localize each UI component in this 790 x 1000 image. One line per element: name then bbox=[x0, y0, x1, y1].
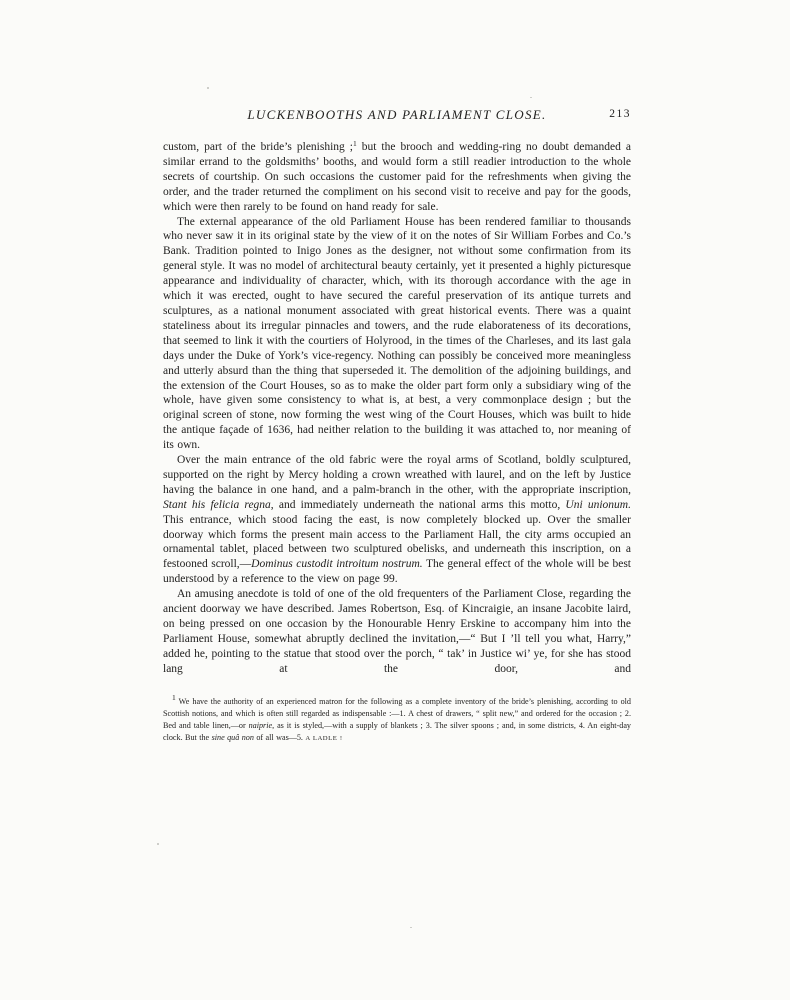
text-segment: Dominus custodit introitum nostrum. bbox=[251, 558, 423, 570]
text-segment: naiprie bbox=[249, 721, 272, 730]
text-segment: of all was—5. bbox=[254, 733, 305, 742]
text-segment: , and immediately underneath the nationa… bbox=[271, 499, 566, 511]
text-segment: sine quâ non bbox=[212, 733, 254, 742]
text-segment: custom, part of the bride’s plenishing ; bbox=[163, 141, 353, 153]
text-segment: Uni unionum. bbox=[565, 499, 631, 511]
scan-speck bbox=[530, 97, 532, 98]
page-number: 213 bbox=[609, 108, 631, 120]
text-segment: The external appearance of the old Parli… bbox=[163, 216, 631, 452]
paragraph: Over the main entrance of the old fabric… bbox=[163, 453, 631, 587]
paragraph: custom, part of the bride’s plenishing ;… bbox=[163, 140, 631, 215]
scan-speck bbox=[207, 87, 209, 89]
scan-speck bbox=[410, 927, 412, 928]
paragraph: The external appearance of the old Parli… bbox=[163, 215, 631, 454]
text-segment: Over the main entrance of the old fabric… bbox=[163, 454, 631, 496]
text-segment: Stant his felicia regna bbox=[163, 499, 271, 511]
book-page: LUCKENBOOTHS AND PARLIAMENT CLOSE. 213 c… bbox=[0, 0, 790, 1000]
footnote: 1 We have the authority of an experience… bbox=[163, 696, 631, 745]
scan-speck bbox=[157, 843, 159, 845]
body-text: custom, part of the bride’s plenishing ;… bbox=[163, 140, 631, 677]
text-block: LUCKENBOOTHS AND PARLIAMENT CLOSE. 213 c… bbox=[163, 107, 631, 745]
page-header-title: LUCKENBOOTHS AND PARLIAMENT CLOSE. bbox=[163, 107, 631, 123]
running-header: LUCKENBOOTHS AND PARLIAMENT CLOSE. 213 bbox=[163, 107, 631, 123]
text-segment: An amusing anecdote is told of one of th… bbox=[163, 588, 631, 675]
text-segment: A LADLE ! bbox=[305, 735, 342, 742]
paragraph: An amusing anecdote is told of one of th… bbox=[163, 587, 631, 676]
